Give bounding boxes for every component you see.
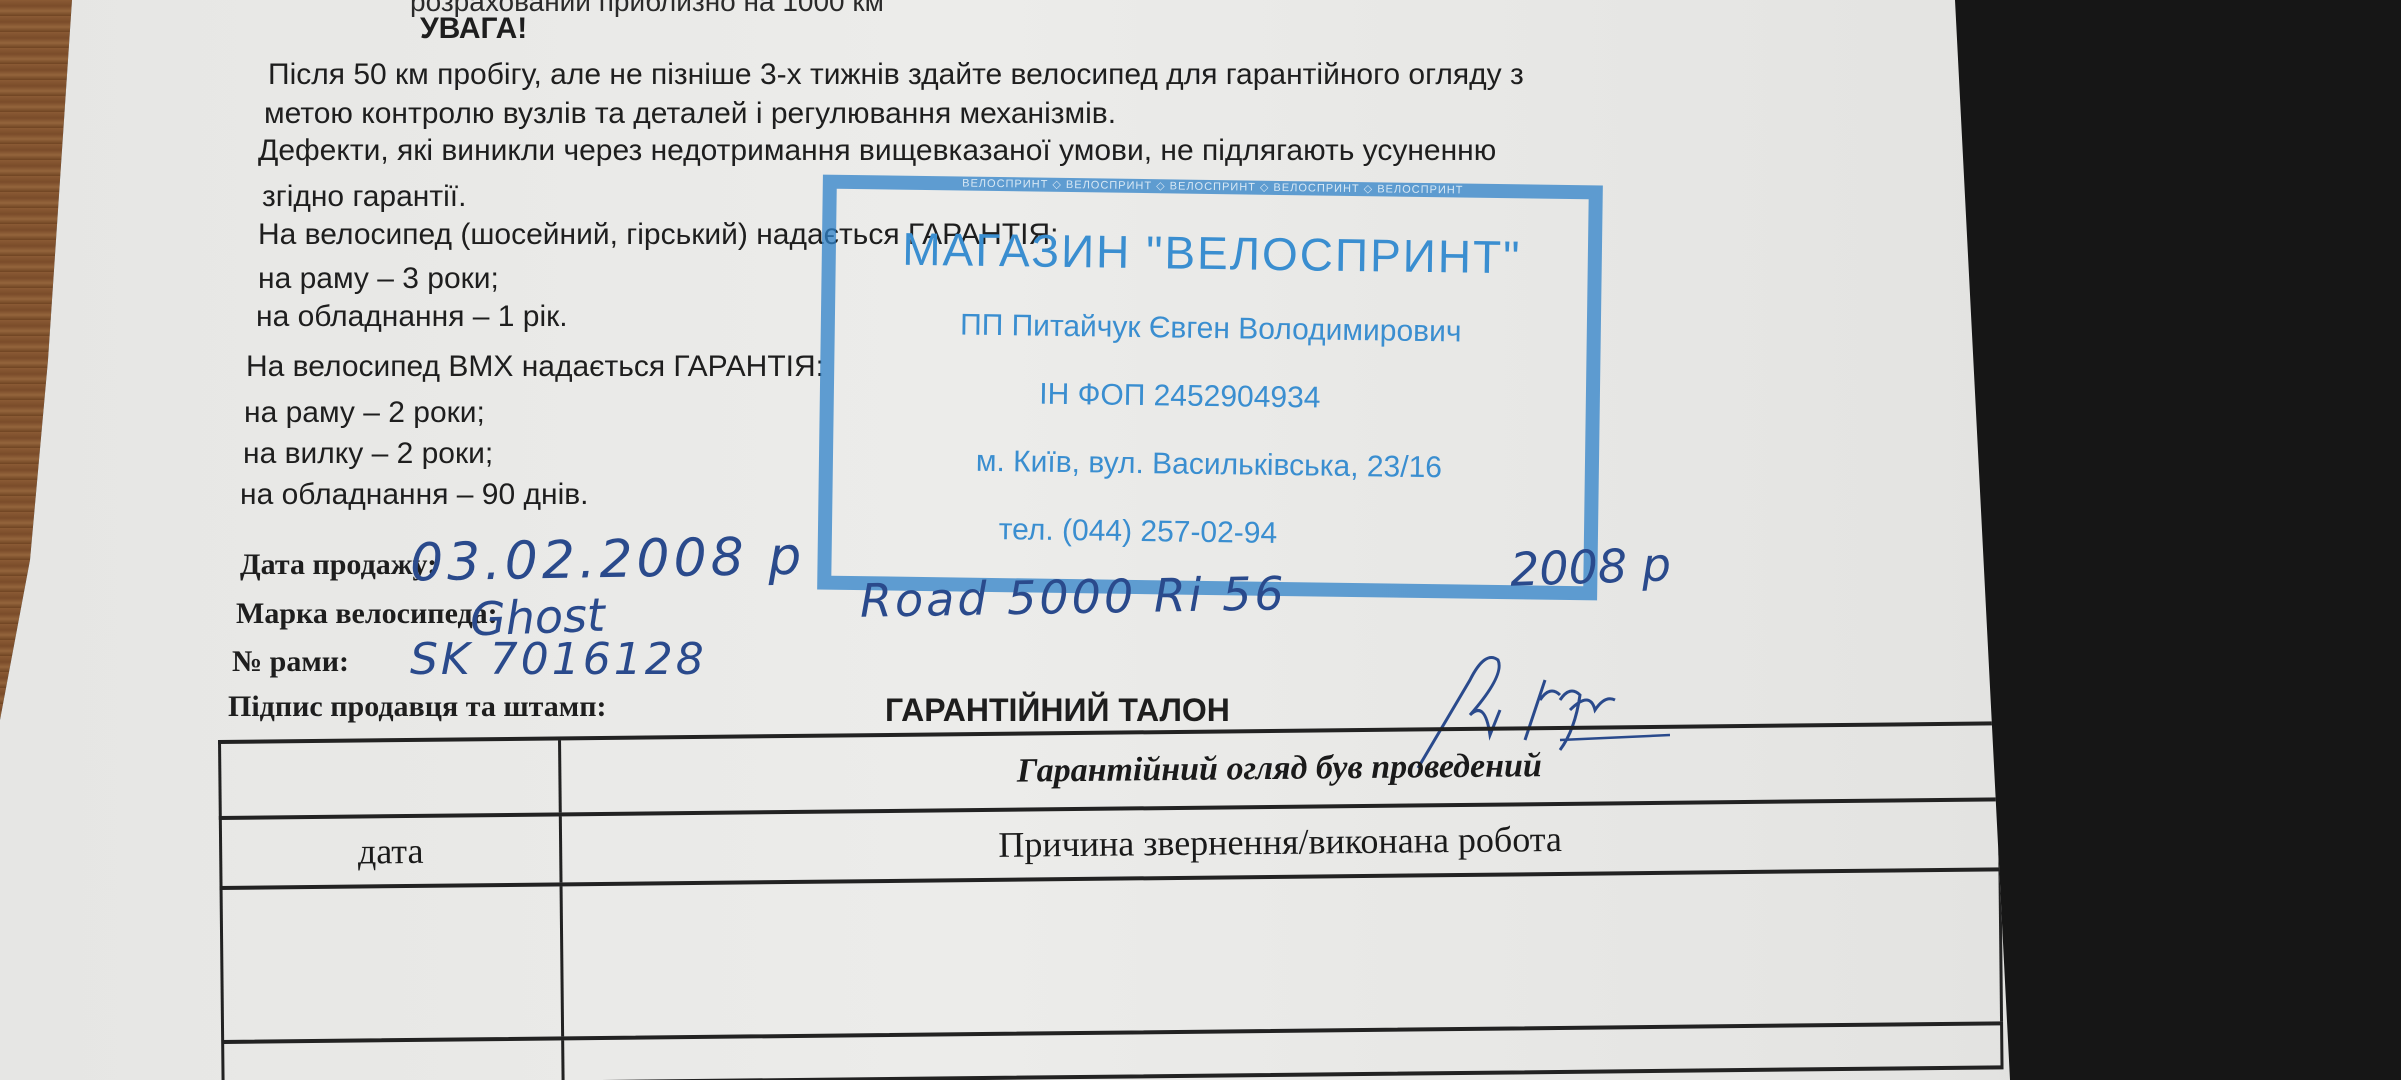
table-cell	[221, 740, 562, 816]
service-record-table: Гарантійний огляд був проведений дата Пр…	[218, 721, 2004, 1080]
reason-cell	[563, 871, 2000, 1036]
stamp-address: м. Київ, вул. Васильківська, 23/16	[833, 443, 1585, 487]
paragraph-line: згідно гарантії.	[262, 180, 466, 214]
paragraph-line: метою контролю вузлів та деталей і регул…	[264, 97, 1116, 131]
paragraph-line: Дефекти, які виникли через недотримання …	[258, 134, 1496, 168]
warranty-coupon-title: ГАРАНТІЙНИЙ ТАЛОН	[885, 692, 1230, 729]
stamp-phone: тел. (044) 257-02-94	[692, 509, 1584, 555]
stamp-shop-name: МАГАЗИН "ВЕЛОСПРИНТ"	[836, 221, 1589, 285]
date-cell	[224, 1040, 564, 1080]
attention-heading: УВАГА!	[420, 12, 527, 46]
stamp-border-text: ВЕЛОСПРИНТ ◇ ВЕЛОСПРИНТ ◇ ВЕЛОСПРИНТ ◇ В…	[837, 175, 1589, 199]
paragraph-line: Після 50 км пробігу, але не пізніше 3-х …	[268, 58, 1524, 92]
frame-number-label: № рами:	[232, 645, 349, 679]
warranty-item: на вилку – 2 роки;	[243, 437, 493, 471]
date-column-header: дата	[222, 816, 563, 886]
inspection-done-header: Гарантійний огляд був проведений	[561, 725, 1998, 812]
bike-brand-label: Марка велосипеда:	[236, 597, 498, 631]
warranty-item: на обладнання – 90 днів.	[240, 478, 589, 512]
stamp-tax-id: ІН ФОП 2452904934	[774, 374, 1586, 419]
handwritten-sale-date: 03.02.2008 р	[410, 527, 806, 594]
handwritten-frame-number: SK 7016128	[410, 634, 707, 685]
shop-stamp: ВЕЛОСПРИНТ ◇ ВЕЛОСПРИНТ ◇ ВЕЛОСПРИНТ ◇ В…	[817, 175, 1603, 601]
handwritten-year: 2008 р	[1509, 537, 1672, 597]
sale-date-label: Дата продажу:	[240, 548, 437, 582]
warranty-item: на раму – 3 роки;	[258, 262, 499, 296]
stamp-owner: ПП Питайчук Євген Володимирович	[835, 307, 1587, 351]
handwritten-model: Road 5000 Ri 56	[860, 566, 1288, 627]
warranty-item: на обладнання – 1 рік.	[256, 300, 568, 334]
table-row	[220, 867, 2004, 1040]
warranty-bmx-heading: На велосипед ВМХ надається ГАРАНТІЯ:	[246, 350, 824, 384]
seller-signature-label: Підпис продавця та штамп:	[228, 690, 606, 724]
date-cell	[223, 886, 565, 1040]
warranty-item: на раму – 2 роки;	[244, 396, 485, 430]
